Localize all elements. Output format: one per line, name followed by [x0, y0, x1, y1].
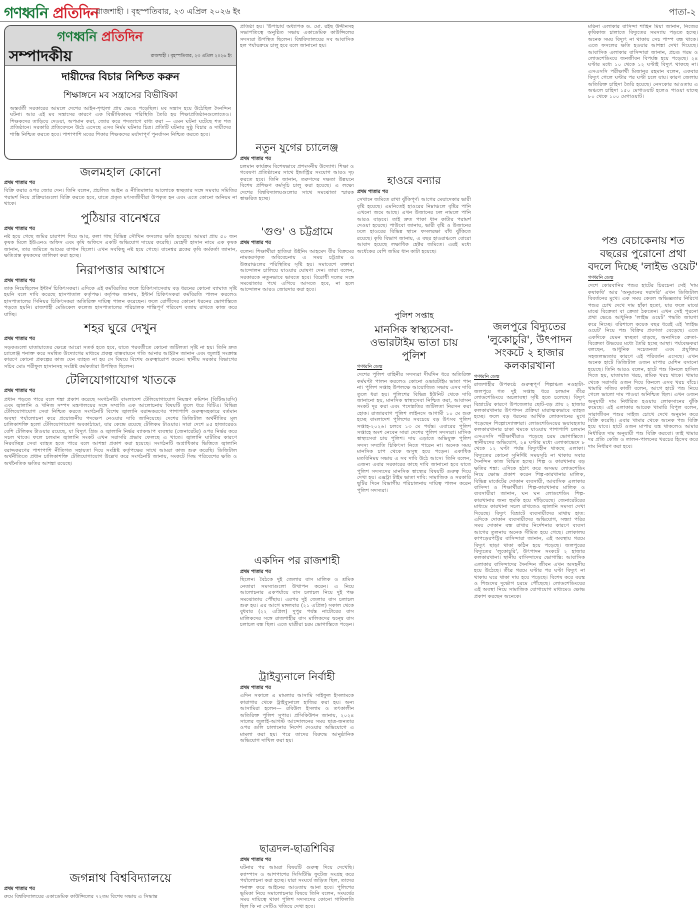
article-jagannath: জগন্নাথ বিশ্ববিদ্যালয়ে প্রথম পাতার পর র… — [4, 868, 237, 910]
logo-green-text: গণধ্বনি — [4, 4, 48, 22]
article-ekdin: একদিন পর রাজশাহী প্রথম পাতার পর ছিলেন। ব… — [240, 552, 354, 667]
article-pashu: পশু বেচাকেনায় শত বছরের পুরোনো প্রথা বদল… — [588, 232, 698, 910]
article-body: মরিনা এলাকার বাসিন্দা শাহিন মিয়া জানান,… — [588, 24, 698, 101]
article-headline: একদিন পর রাজশাহী — [240, 555, 354, 568]
article-headline: 'গুণ্ড' ও চট্টগ্রামে — [240, 226, 354, 239]
article-body: বলেন। শিক্ষার্থীরা হাতিয়া উইনিং আহমেদ ব… — [240, 249, 354, 294]
article-kicker: প্রথম পাতার পর — [240, 858, 354, 864]
article-headline: পুঠিয়ার বানেশ্বরে — [4, 211, 237, 225]
article-body: রুমে বিশ্ববিদ্যালয়ের একাডেমিক কাউন্সিলে… — [4, 894, 237, 900]
article-kicker: প্রথম পাতার পর — [4, 227, 237, 233]
article-lukochuri: জলপুরে বিদ্যুতের 'লুকোচুরি', উৎপাদন সংকট… — [474, 318, 585, 910]
editorial-body: অন্তর্বর্তী সরকারের আমলে দেশের আইন-শৃঙ্খ… — [5, 103, 236, 141]
editorial-section-title: সম্পাদকীয় — [9, 45, 72, 70]
editorial-header: গণধ্বনি প্রতিদিন সম্পাদকীয় রাজশাহী । বৃ… — [5, 26, 236, 66]
article-kicker: প্রথম পাতার পর — [240, 241, 354, 247]
logo-red-text: প্রতিদিন — [53, 4, 99, 22]
article-headline: জগন্নাথ বিশ্ববিদ্যালয়ে — [4, 871, 237, 885]
article-chattogram: 'গুণ্ড' ও চট্টগ্রামে প্রথম পাতার পর বলেন… — [240, 226, 354, 293]
article-kicker: প্রথম পাতার পর — [4, 279, 237, 285]
article-headline: ছাত্রদল-ছাত্রশিবির — [240, 843, 354, 856]
article-headline: নতুন যুগের চ্যালেঞ্জ — [240, 142, 354, 155]
article-body: প্রধান পড়তে পারে বলে শঙ্কা প্রকাশ করেছে… — [4, 397, 237, 467]
article-shohor: শহর ঘুরে দেখুন প্রথম পাতার পর সড়কগুলো য… — [4, 321, 237, 370]
article-headline: নিরাপত্তার আশ্বাসে — [4, 263, 237, 277]
article-tribunal: ট্রাইব্যুনালে নির্বাহী প্রথম পাতার পর এদ… — [240, 668, 354, 838]
article-kicker: প্রথম পাতার পর — [240, 686, 354, 692]
article-kicker: প্রথম পাতার পর — [4, 337, 237, 343]
article-body: চলমান কার্যক্রম বিশেষভাবে প্রশংসনীয় উদ্… — [240, 164, 354, 202]
page-number: পাতা-২ — [669, 5, 696, 20]
article-puthia: পুঠিয়ার বানেশ্বরে প্রথম পাতার পর নষ্ট হ… — [4, 211, 237, 260]
article-kicker: প্রথম পাতার পর — [240, 570, 354, 576]
article-headline: জলপুরে বিদ্যুতের 'লুকোচুরি', উৎপাদন সংকট… — [474, 321, 585, 373]
editorial-date: রাজশাহী । বৃহস্পতিবার, ২৩ এপ্রিল ২০২৬ ইং — [151, 53, 232, 60]
article-kicker: প্রথম পাতার পর — [357, 190, 471, 196]
article-body: রাজশাহীর উপকণ্ঠে গুরুত্বপূর্ণ শিল্পাঞ্চল… — [474, 382, 585, 600]
article-body: বিক্রি করার ওপর জোর দেন। তিনি বলেন, প্রচ… — [4, 188, 237, 207]
article-headline: পশু বেচাকেনায় শত বছরের পুরোনো প্রথা বদল… — [588, 235, 698, 274]
article-headline: ট্রাইব্যুনালে নির্বাহী — [240, 671, 354, 684]
article-telecom: টেলিযোগাযোগ খাতকে প্রথম পাতার পর প্রধান … — [4, 373, 237, 467]
article-police: পুলিশ সপ্তাহ মানসিক স্বাস্থ্যসেবা-ওভারটা… — [357, 308, 471, 910]
editorial-headline: দায়ীদের বিচার নিশ্চিত করুন — [5, 70, 236, 87]
article-kicker: প্রথম পাতার পর — [240, 157, 354, 163]
article-body: সড়কগুলো যাতায়াতের ক্ষেত্রে আরো সতর্ক হ… — [4, 345, 237, 371]
article-body: দেশে কোরবানির পশুর হাটের চিরচেনা সেই 'দা… — [588, 283, 698, 450]
article-headline: জলমহাল কোনো — [4, 165, 237, 179]
article-byline: গণধ্বনি ডেস্ক — [357, 365, 471, 371]
article-body: দেশের পুলিশ বাহিনীর সদস্যরা দীর্ঘদিন ধরে… — [357, 372, 471, 494]
article-headline: হাওরে বন্যার — [357, 175, 471, 188]
article-notun: নতুন যুগের চ্যালেঞ্জ প্রথম পাতার পর চলমা… — [240, 142, 354, 203]
article-body: ঘটনার পর আমরা বিষয়টি গুরুত্ব দিয়ে দেখে… — [240, 865, 354, 910]
article-headline: মানসিক স্বাস্থ্যসেবা-ওভারটাইম ভাতা চায় … — [357, 324, 471, 363]
article-headline: টেলিযোগাযোগ খাতকে — [4, 373, 237, 387]
masthead: গণধ্বনি প্রতিদিন রাজশাহী । বৃহস্পতিবার, … — [0, 0, 700, 22]
article-kicker: প্রথম পাতার পর — [4, 389, 237, 395]
editorial-logo-green: গণধ্বনি — [57, 30, 97, 45]
article-body: তাক নিয়েছিলেন ইন্টার্ন চিকিৎসকরা। এদিকে… — [4, 286, 237, 318]
article-section-label: পুলিশ সপ্তাহ — [357, 311, 471, 321]
editorial-subheadline: শিক্ষাঙ্গনে মব সন্ত্রাসের বিভীষিকা — [5, 88, 236, 103]
article-nirapotta: নিরাপত্তার আশ্বাসে প্রথম পাতার পর তাক নি… — [4, 263, 237, 318]
article-chhatradal: ছাত্রদল-ছাত্রশিবির প্রথম পাতার পর ঘটনার … — [240, 840, 354, 910]
editorial-box: গণধ্বনি প্রতিদিন সম্পাদকীয় রাজশাহী । বৃ… — [4, 25, 237, 160]
article-body: নষ্ট হয়ে গেছে জমির চারপাশ দিয়ে আর, কলা… — [4, 234, 237, 260]
article-kicker: প্রথম পাতার পর — [4, 887, 237, 893]
editorial-logo-red: প্রতিদিন — [101, 30, 143, 45]
article-byline: গণধ্বনি ডেস্ক — [588, 276, 698, 282]
article-jolmohal: জলমহাল কোনো প্রথম পাতার পর বিক্রি করার ও… — [4, 165, 237, 208]
article-kicker: প্রথম পাতার পর — [4, 181, 237, 187]
article-body: ছিলেন। বৈঠকে দুই জেলার বাস মালিক ও শ্রমি… — [240, 577, 354, 628]
article-body: এদিন সকালে এ মামলার আসামি সাইফুল ইসলামকে… — [240, 693, 354, 744]
article-haor: হাওরে বন্যার প্রথম পাতার পর সেখানে জমিতে… — [357, 175, 471, 255]
article-body: প্রতিষ্ঠা হয়। 'উপাচার্য অধ্যাপক ড. মো. … — [240, 24, 354, 50]
article-body: সেখানে জমিতে রাখা ঝুঁকিপূর্ণ। আগের মেয়া… — [357, 197, 471, 255]
article-headline: শহর ঘুরে দেখুন — [4, 321, 237, 335]
article-byline: গণধ্বনি ডেস্ক — [474, 375, 585, 381]
dateline: রাজশাহী । বৃহস্পতিবার, ২৩ এপ্রিল ২০২৬ ইং — [96, 6, 241, 19]
